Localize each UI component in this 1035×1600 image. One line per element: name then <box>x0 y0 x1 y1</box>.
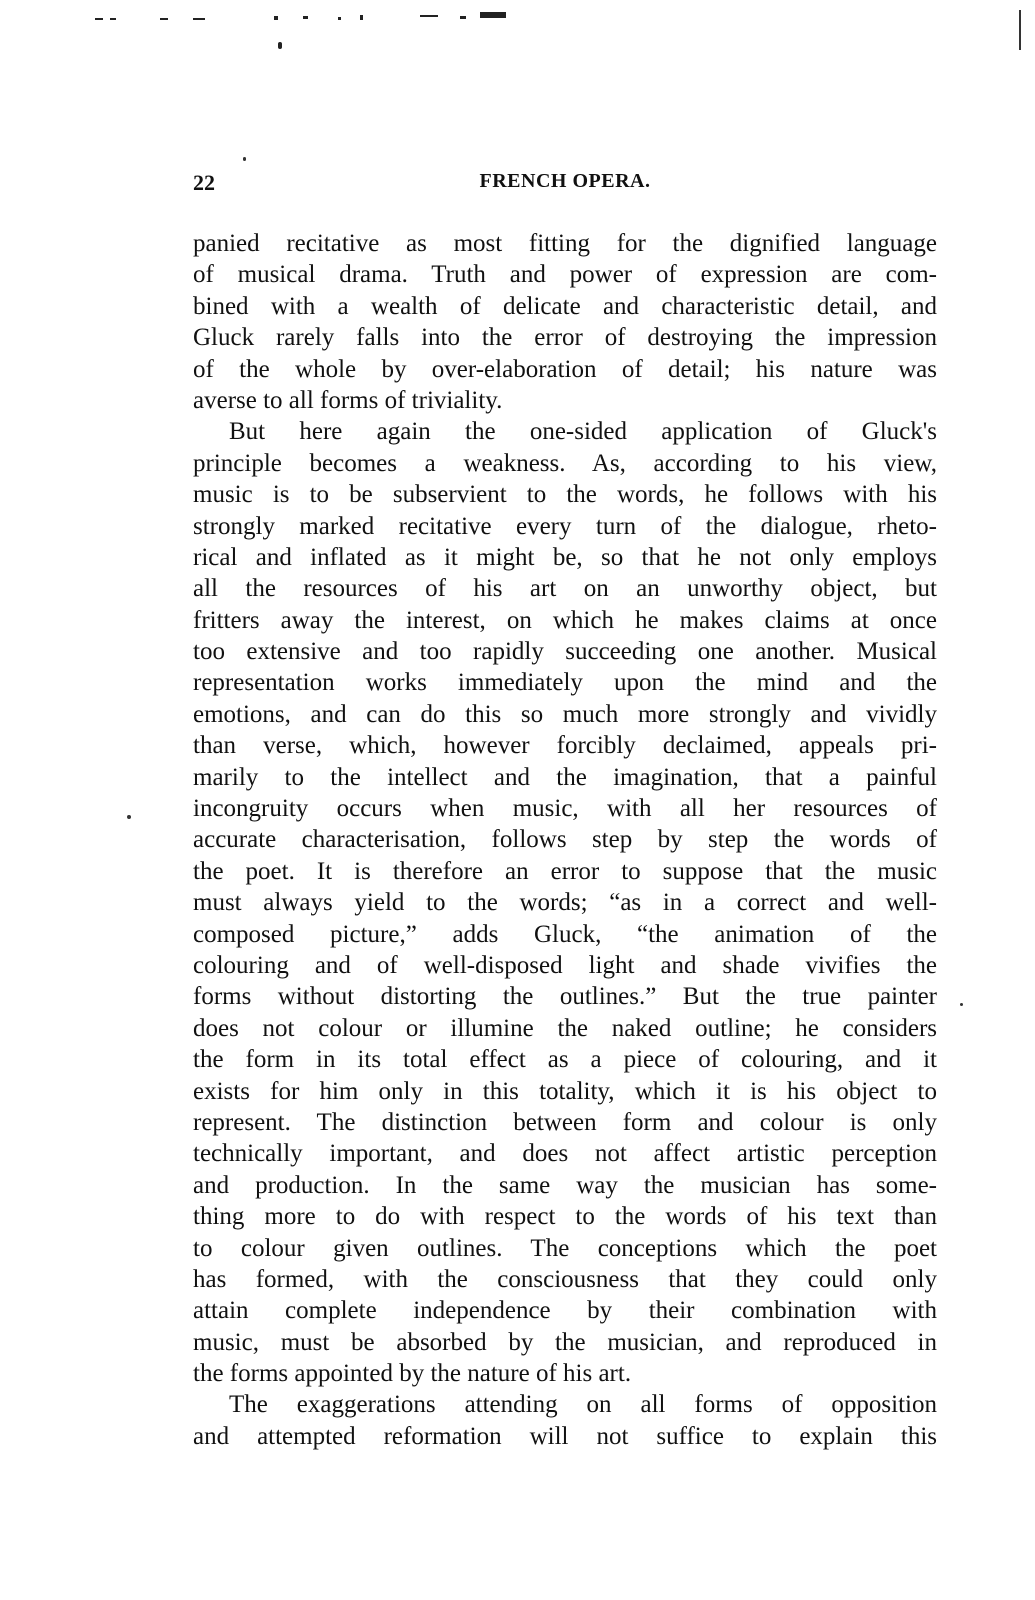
text-line: thing more to do with respect to the wor… <box>193 1201 937 1232</box>
margin-dot <box>127 815 131 819</box>
text-line: music, must be absorbed by the musician,… <box>193 1327 937 1358</box>
text-line: has formed, with the consciousness that … <box>193 1264 937 1295</box>
text-line: represent. The distinction between form … <box>193 1107 937 1138</box>
scan-speck <box>420 15 438 17</box>
text-line: all the resources of his art on an unwor… <box>193 573 937 604</box>
scan-speck <box>338 17 341 20</box>
text-line: must always yield to the words; “as in a… <box>193 887 937 918</box>
text-line: than verse, which, however forcibly decl… <box>193 730 937 761</box>
text-line: composed picture,” adds Gluck, “the anim… <box>193 919 937 950</box>
text-line: Gluck rarely falls into the error of des… <box>193 322 937 353</box>
text-line: strongly marked recitative every turn of… <box>193 511 937 542</box>
running-title: FRENCH OPERA. <box>193 170 937 193</box>
text-line: bined with a wealth of delicate and char… <box>193 291 937 322</box>
paragraph: The exaggerations attending on all forms… <box>193 1389 937 1452</box>
text-line: the form in its total effect as a piece … <box>193 1044 937 1075</box>
text-line: music is to be subservient to the words,… <box>193 479 937 510</box>
text-line: attain complete independence by their co… <box>193 1295 937 1326</box>
scan-speck <box>243 157 246 161</box>
scan-speck <box>460 16 466 19</box>
text-line: the poet. It is therefore an error to su… <box>193 856 937 887</box>
text-line: accurate characterisation, follows step … <box>193 824 937 855</box>
text-line: and attempted reformation will not suffi… <box>193 1421 937 1452</box>
text-line: technically important, and does not affe… <box>193 1138 937 1169</box>
scan-speck <box>360 15 363 20</box>
text-line: exists for him only in this totality, wh… <box>193 1076 937 1107</box>
text-line: to colour given outlines. The conception… <box>193 1233 937 1264</box>
scan-artifacts <box>0 0 1035 60</box>
text-line: representation works immediately upon th… <box>193 667 937 698</box>
page-header: 22 FRENCH OPERA. <box>193 170 937 200</box>
text-line: emotions, and can do this so much more s… <box>193 699 937 730</box>
text-line: and production. In the same way the musi… <box>193 1170 937 1201</box>
scan-speck <box>193 18 205 20</box>
scan-speck <box>480 12 506 18</box>
text-line: rical and inflated as it might be, so th… <box>193 542 937 573</box>
scan-speck <box>303 16 308 19</box>
text-line: panied recitative as most fitting for th… <box>193 228 937 259</box>
text-line: of the whole by over-elaboration of deta… <box>193 354 937 385</box>
text-line: colouring and of well-disposed light and… <box>193 950 937 981</box>
scan-speck <box>160 18 168 20</box>
paragraph: panied recitative as most fitting for th… <box>193 228 937 416</box>
text-line: does not colour or illumine the naked ou… <box>193 1013 937 1044</box>
scan-speck <box>274 16 278 20</box>
text-line: incongruity occurs when music, with all … <box>193 793 937 824</box>
body-text: panied recitative as most fitting for th… <box>193 228 937 1452</box>
text-line: But here again the one-sided application… <box>193 416 937 447</box>
paragraph: But here again the one-sided application… <box>193 416 937 1389</box>
scan-speck <box>278 42 282 49</box>
text-line: principle becomes a weakness. As, accord… <box>193 448 937 479</box>
scan-speck <box>110 18 116 20</box>
text-line: marily to the intellect and the imaginat… <box>193 762 937 793</box>
scan-edge-bar <box>1019 10 1021 50</box>
text-line: forms without distorting the outlines.” … <box>193 981 937 1012</box>
text-line: the forms appointed by the nature of his… <box>193 1358 937 1389</box>
text-line: The exaggerations attending on all forms… <box>193 1389 937 1420</box>
margin-dot <box>960 1003 963 1006</box>
text-line: too extensive and too rapidly succeeding… <box>193 636 937 667</box>
text-line: averse to all forms of triviality. <box>193 385 937 416</box>
text-line: of musical drama. Truth and power of exp… <box>193 259 937 290</box>
scan-speck <box>95 18 103 20</box>
text-line: fritters away the interest, on which he … <box>193 605 937 636</box>
